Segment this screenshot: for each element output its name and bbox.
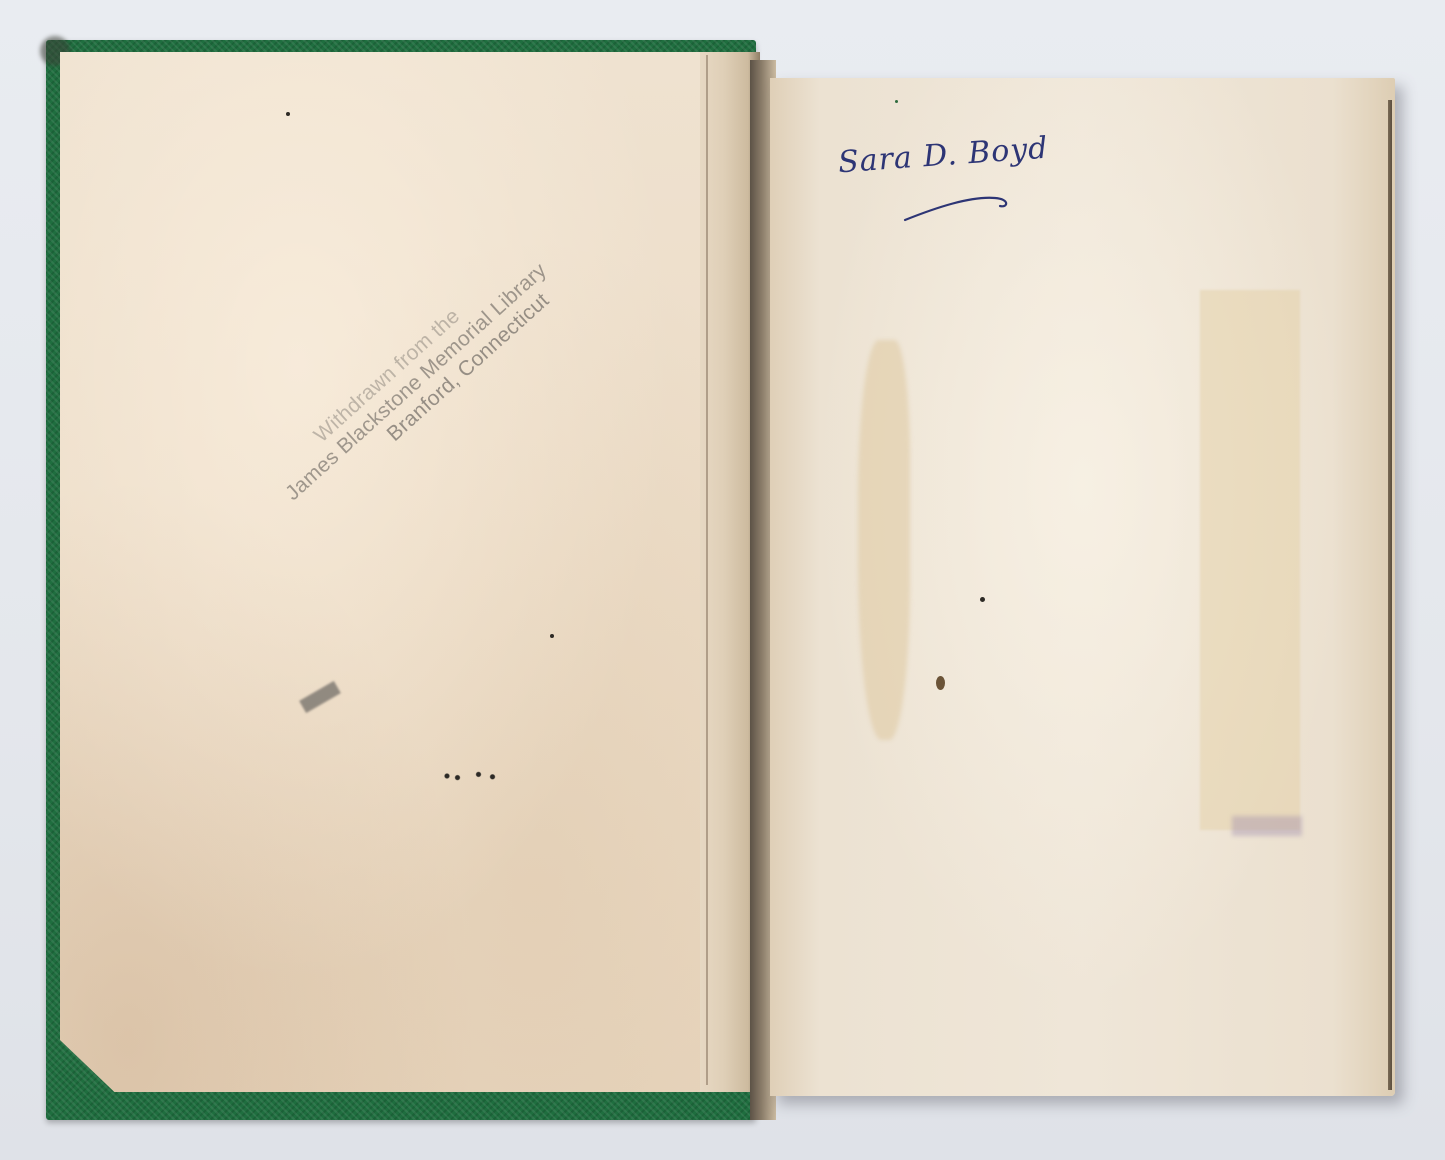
hinge-crease	[706, 55, 708, 1085]
spot	[286, 112, 290, 116]
purple-stain	[1232, 816, 1302, 836]
glue-stain-right	[1200, 290, 1300, 830]
photo-scene: Withdrawn from the James Blackstone Memo…	[0, 0, 1445, 1160]
signature-flourish	[900, 186, 1015, 226]
spot	[936, 676, 945, 690]
spot	[895, 100, 898, 103]
spot	[550, 634, 554, 638]
glue-stain-left	[858, 340, 910, 740]
left-pastedown-page	[60, 52, 740, 1092]
ink-specks	[440, 768, 510, 784]
page-edge	[1388, 100, 1392, 1090]
spot	[980, 597, 985, 602]
